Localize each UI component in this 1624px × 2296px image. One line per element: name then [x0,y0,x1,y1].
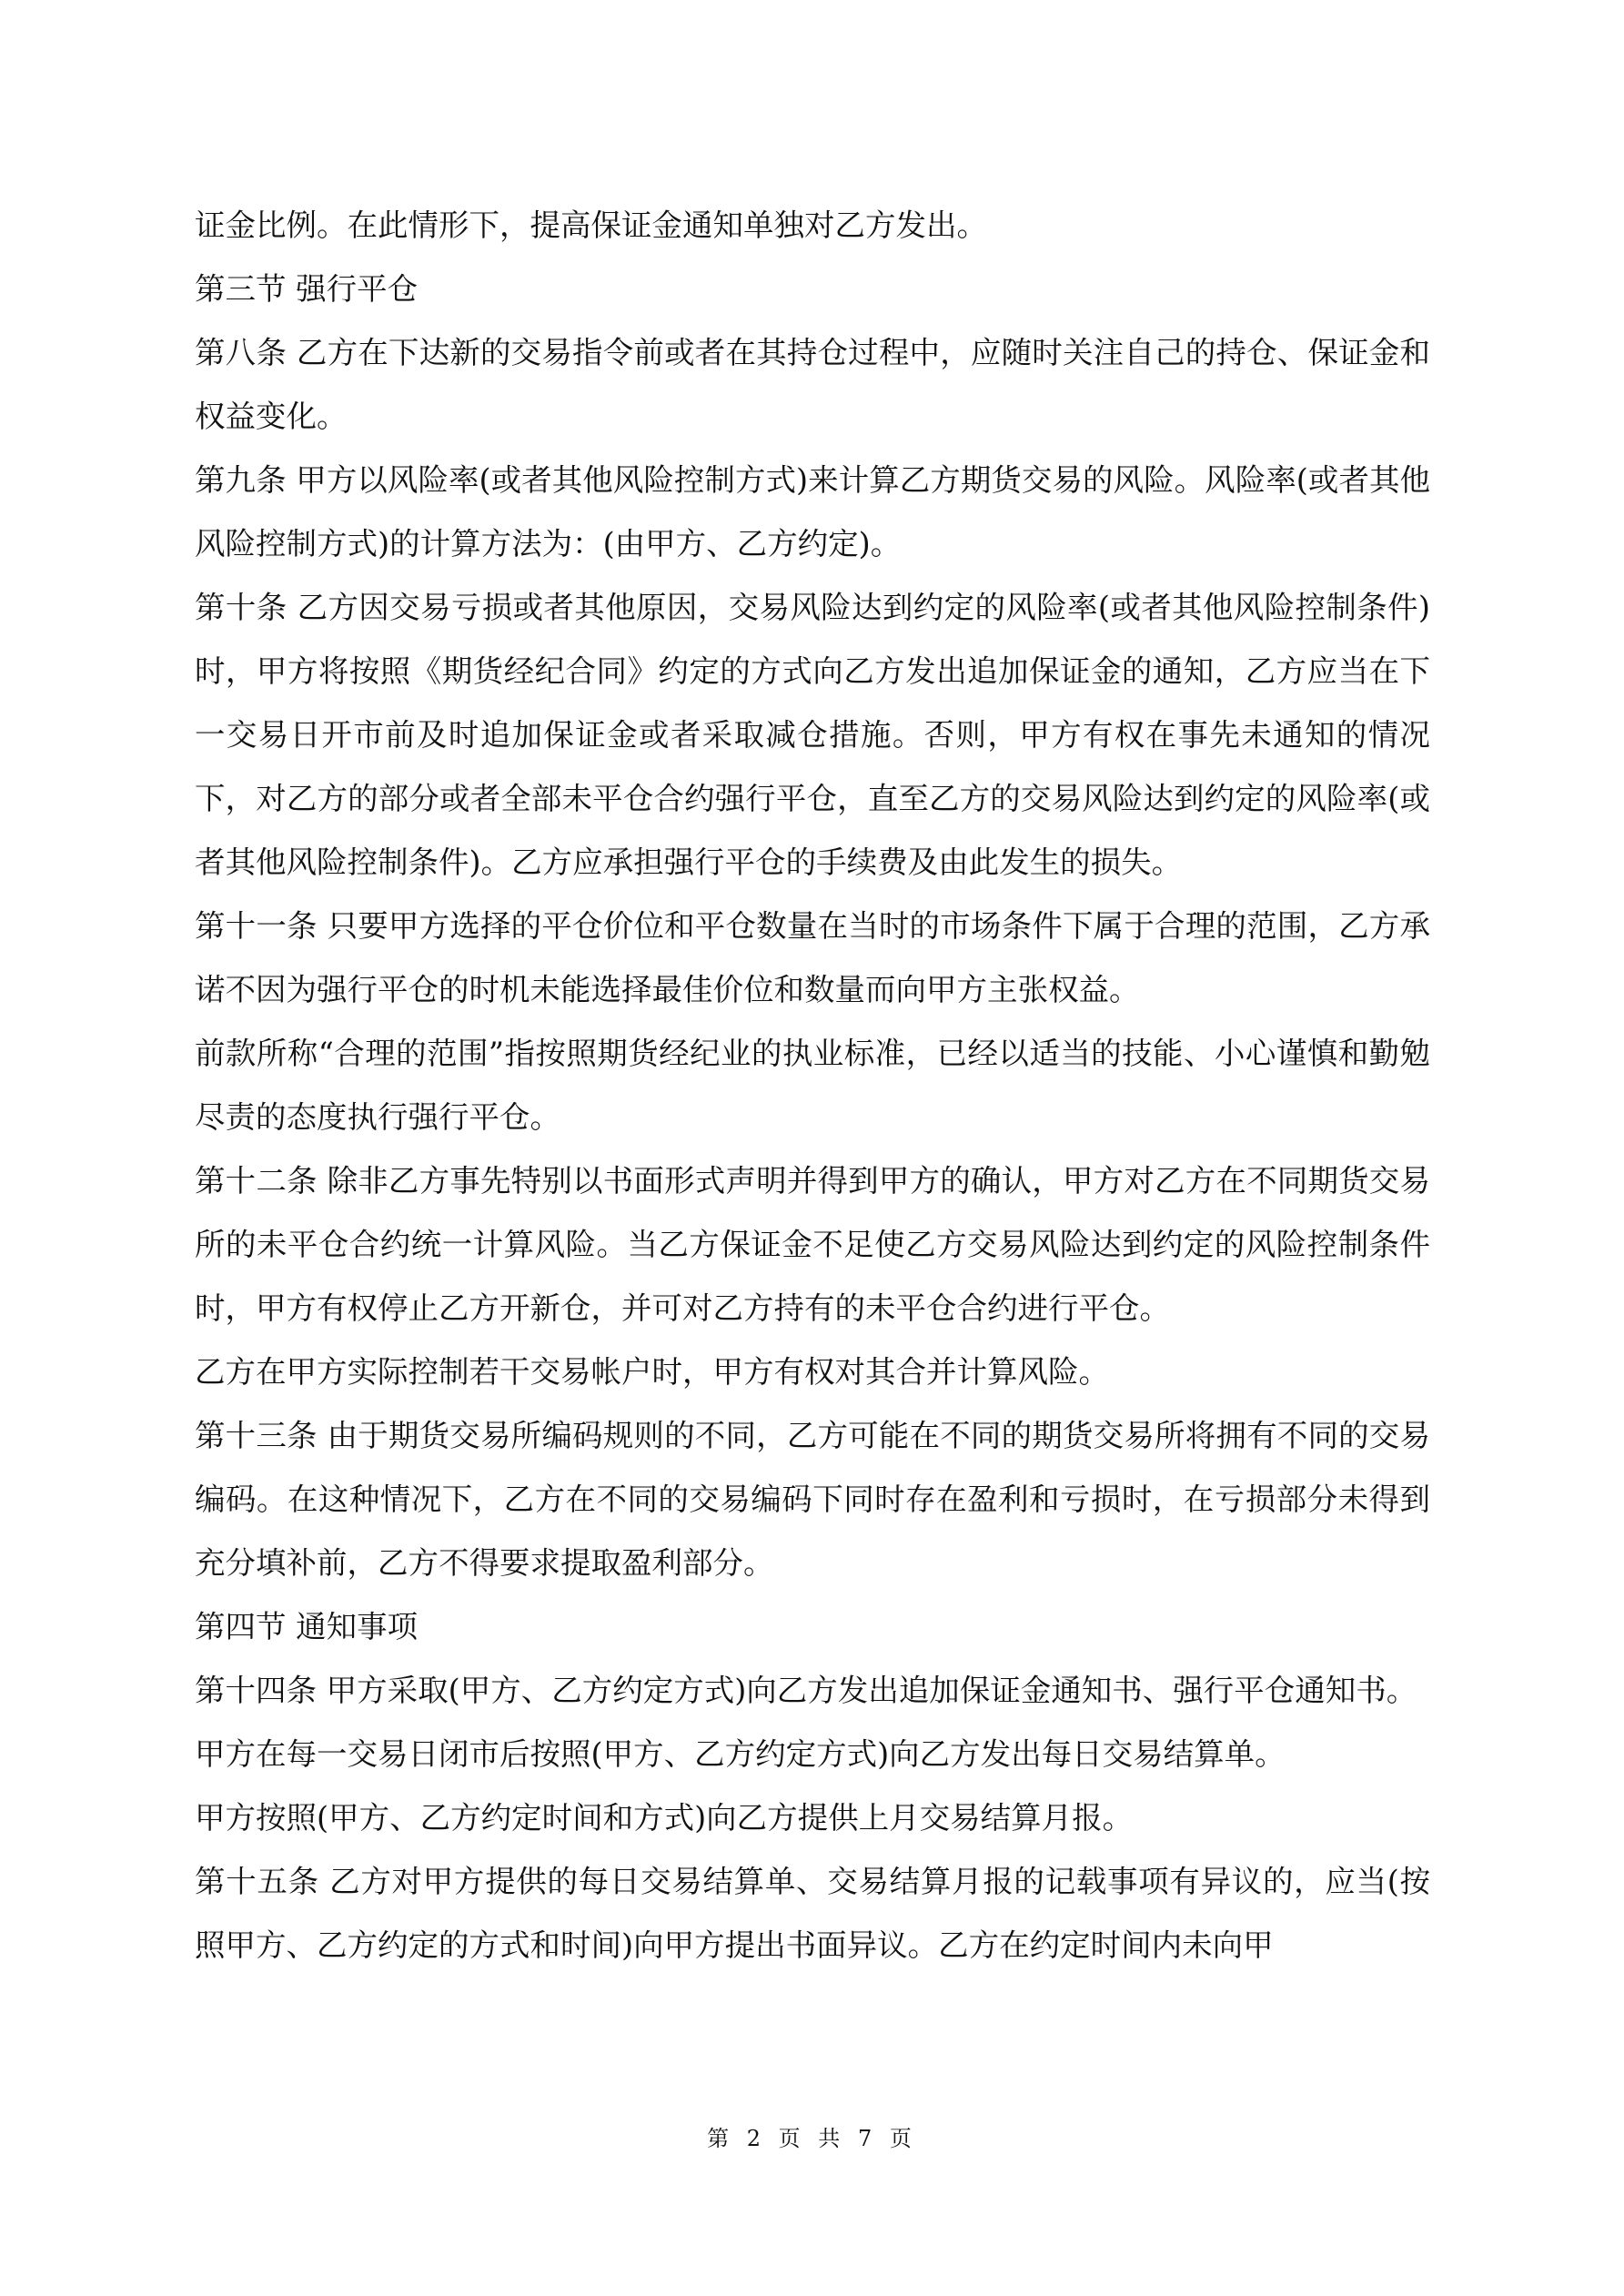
article-9: 第九条 甲方以风险率(或者其他风险控制方式)来计算乙方期货交易的风险。风险率(或… [195,449,1430,576]
article-14-clause-daily-statement: 甲方在每一交易日闭市后按照(甲方、乙方约定方式)向乙方发出每日交易结算单。 [195,1723,1430,1786]
article-11-clause-reasonable-range: 前款所称“合理的范围”指按照期货经纪业的执业标准，已经以适当的技能、小心谨慎和勤… [195,1022,1430,1149]
paragraph-margin-continuation: 证金比例。在此情形下，提高保证金通知单独对乙方发出。 [195,194,1430,258]
article-14: 第十四条 甲方采取(甲方、乙方约定方式)向乙方发出追加保证金通知书、强行平仓通知… [195,1659,1430,1723]
page-number-footer: 第 2 页 共 7 页 [0,2120,1624,2157]
article-14-clause-monthly-report: 甲方按照(甲方、乙方约定时间和方式)向乙方提供上月交易结算月报。 [195,1786,1430,1850]
article-10: 第十条 乙方因交易亏损或者其他原因，交易风险达到约定的风险率(或者其他风险控制条… [195,576,1430,895]
section-heading-forced-liquidation: 第三节 强行平仓 [195,258,1430,321]
document-body: 证金比例。在此情形下，提高保证金通知单独对乙方发出。 第三节 强行平仓 第八条 … [195,194,1430,1977]
article-12-clause-combined-accounts: 乙方在甲方实际控制若干交易帐户时，甲方有权对其合并计算风险。 [195,1340,1430,1404]
section-heading-notices: 第四节 通知事项 [195,1595,1430,1659]
article-12: 第十二条 除非乙方事先特别以书面形式声明并得到甲方的确认，甲方对乙方在不同期货交… [195,1149,1430,1340]
article-8: 第八条 乙方在下达新的交易指令前或者在其持仓过程中，应随时关注自己的持仓、保证金… [195,321,1430,449]
article-11: 第十一条 只要甲方选择的平仓价位和平仓数量在当时的市场条件下属于合理的范围，乙方… [195,895,1430,1022]
article-13: 第十三条 由于期货交易所编码规则的不同，乙方可能在不同的期货交易所将拥有不同的交… [195,1404,1430,1595]
article-15: 第十五条 乙方对甲方提供的每日交易结算单、交易结算月报的记载事项有异议的，应当(… [195,1850,1430,1977]
